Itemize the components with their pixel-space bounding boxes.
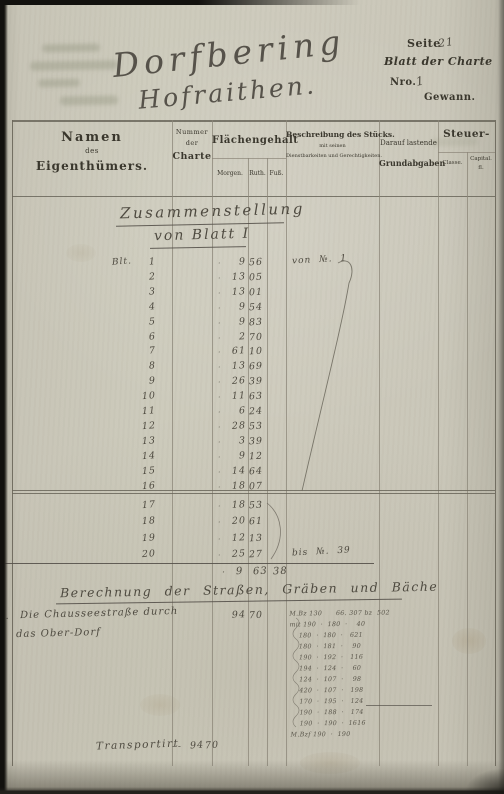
sum-ditto: · bbox=[222, 567, 226, 578]
row-value-ruth: 9 bbox=[212, 316, 247, 329]
subcol-header-ruth: Ruth. bbox=[248, 170, 267, 177]
row-value-fuss: 39 bbox=[249, 435, 264, 447]
scan-edge-left bbox=[0, 0, 8, 794]
row-value-fuss: 10 bbox=[249, 346, 264, 358]
row-number: 16 bbox=[130, 480, 157, 493]
row-number: 10 bbox=[130, 390, 157, 403]
subcol-header-morgen: Morgen. bbox=[212, 170, 248, 177]
sum-fuss: 38 bbox=[273, 566, 288, 578]
row-value-ruth: 18 bbox=[212, 480, 247, 493]
scan-edge-bottom bbox=[0, 787, 504, 794]
row-number: 20 bbox=[130, 548, 157, 561]
row-value-ruth: 12 bbox=[212, 532, 247, 545]
blatt-der-charte-label: Blatt der Charte bbox=[384, 55, 493, 68]
row-value-fuss: 27 bbox=[249, 549, 264, 561]
scan-corner-bottom-right bbox=[464, 768, 504, 794]
row-value-fuss: 53 bbox=[249, 500, 264, 512]
col-header-dienstbarkeiten: Dienstbarkeiten und Gerechtigkeiten. bbox=[286, 153, 379, 159]
row-number: 2 bbox=[130, 271, 157, 284]
col-header-eigenthuemers: Eigenthümers. bbox=[12, 159, 172, 173]
row-number: 8 bbox=[130, 360, 157, 373]
subcol-header-capital: Capital. bbox=[467, 156, 495, 162]
row-number: 3 bbox=[130, 286, 157, 299]
calc-sum-underline bbox=[366, 705, 432, 706]
col-header-namen-des: des bbox=[12, 147, 172, 155]
row-number: 11 bbox=[130, 405, 157, 418]
col-header-namen: Namen bbox=[12, 130, 172, 145]
flaechengehalt-subheader-divider bbox=[212, 158, 286, 159]
row-value-ruth: 61 bbox=[212, 346, 247, 359]
section1-title-underline2 bbox=[150, 246, 246, 249]
footer-value-ruth: 94 bbox=[190, 740, 205, 752]
row-number: 6 bbox=[130, 331, 157, 344]
subcol-header-classe: Classe. bbox=[438, 160, 467, 166]
sum-morgen: 9 bbox=[236, 566, 244, 577]
table-left-border bbox=[12, 120, 13, 766]
row-number: 14 bbox=[130, 450, 157, 463]
row-value-ruth: 18 bbox=[212, 499, 247, 512]
brace-curve-rows-17-20 bbox=[267, 503, 280, 559]
row-value-ruth: 28 bbox=[212, 420, 247, 433]
seite-value: 21 bbox=[437, 35, 455, 50]
row-value-ruth: 13 bbox=[212, 360, 247, 373]
row-value-ruth: 2 bbox=[212, 331, 247, 344]
row-value-ruth: 13 bbox=[212, 286, 247, 299]
subcol-divider-ruth-fuss bbox=[267, 158, 268, 766]
gewann-label: Gewann. bbox=[424, 92, 476, 103]
row-value-fuss: 56 bbox=[249, 257, 264, 269]
section-double-rule-2 bbox=[12, 493, 495, 494]
entry-line2: das Ober-Dorf bbox=[16, 627, 101, 640]
row-value-ruth: 3 bbox=[212, 435, 247, 448]
row20-sum-rule bbox=[4, 563, 374, 564]
subcol-header-fl: fl. bbox=[467, 165, 495, 171]
row-note: von №. 1 bbox=[292, 254, 348, 267]
scanned-ledger-page: Dorfbering Hofraithen. Seite 21 Blatt de… bbox=[0, 0, 504, 794]
row-number: 5 bbox=[130, 316, 157, 329]
row-number: 18 bbox=[130, 515, 157, 528]
row-value-fuss: 07 bbox=[249, 480, 264, 492]
section1-title-line1: Zusammenstellung bbox=[120, 200, 305, 223]
row-value-ruth: 11 bbox=[212, 390, 247, 403]
col-header-flaechengehalt: Flächengehalt bbox=[212, 135, 286, 146]
steuer-subheader-divider bbox=[438, 152, 495, 153]
row-value-ruth: 13 bbox=[212, 271, 247, 284]
row-number: 1 bbox=[130, 256, 157, 269]
table-top-border bbox=[12, 120, 495, 122]
row-value-fuss: 24 bbox=[249, 406, 264, 418]
seite-label: Seite bbox=[407, 37, 441, 50]
row-number: 19 bbox=[130, 532, 157, 545]
row-value-ruth: 20 bbox=[212, 515, 247, 528]
col-header-beschreibung: Beschreibung des Stücks. bbox=[286, 130, 379, 139]
col-header-mit-seinen: mit seinen bbox=[286, 143, 379, 149]
entry-value-fuss: 70 bbox=[249, 610, 264, 622]
row-value-ruth: 14 bbox=[212, 465, 247, 478]
sum-ruth: 63 bbox=[253, 566, 268, 578]
row-value-fuss: 64 bbox=[249, 465, 264, 477]
row-number: 4 bbox=[130, 301, 157, 314]
nro-value: 1 bbox=[415, 73, 426, 88]
col-header-darauf-lastende: Darauf lastende bbox=[379, 139, 438, 147]
row-value-fuss: 61 bbox=[249, 516, 264, 528]
header-bottom-border bbox=[12, 196, 495, 197]
footer-dashes: - - bbox=[172, 742, 181, 752]
nro-label: Nro. bbox=[390, 77, 416, 88]
footer-label: Transportirt bbox=[96, 738, 180, 753]
row-value-fuss: 69 bbox=[249, 361, 264, 373]
row-value-ruth: 9 bbox=[212, 301, 247, 314]
row-value-fuss: 13 bbox=[249, 532, 264, 544]
row-value-fuss: 05 bbox=[249, 272, 264, 284]
bleed-through-line bbox=[60, 95, 118, 105]
row-number: 17 bbox=[130, 499, 157, 512]
subcol-divider-classe-capital bbox=[467, 152, 468, 766]
side-calculation-block: M.Bz 130 66. 307 bz 502 mit 190 · 180 · … bbox=[289, 607, 391, 740]
col-header-der: der bbox=[172, 139, 212, 147]
row-value-fuss: 12 bbox=[249, 450, 264, 462]
row-number: 12 bbox=[130, 420, 157, 433]
foxing-spot bbox=[452, 628, 486, 654]
scan-edge-top bbox=[0, 0, 360, 5]
row-number: 13 bbox=[130, 435, 157, 448]
col-header-charte: Charte bbox=[172, 151, 212, 162]
row-value-ruth: 9 bbox=[212, 256, 247, 269]
row-value-ruth: 25 bbox=[212, 548, 247, 561]
row-value-ruth: 26 bbox=[212, 375, 247, 388]
bleed-through-line bbox=[42, 43, 100, 52]
table-right-border bbox=[495, 120, 496, 766]
col-header-grundabgaben: Grundabgaben bbox=[379, 158, 438, 168]
section1-title-line2: von Blatt I bbox=[154, 226, 251, 245]
col-header-steuer: Steuer- bbox=[438, 128, 495, 140]
foxing-spot bbox=[66, 244, 96, 262]
row-value-fuss: 01 bbox=[249, 286, 264, 298]
row-value-ruth: 6 bbox=[212, 405, 247, 418]
bleed-through-line bbox=[30, 60, 118, 71]
row-value-fuss: 39 bbox=[249, 376, 264, 388]
row-number: 7 bbox=[130, 345, 157, 358]
row-value-fuss: 70 bbox=[249, 331, 264, 343]
row-number: 9 bbox=[130, 375, 157, 388]
col-divider-grundabgaben-steuer bbox=[438, 120, 439, 766]
brace-curve-rows-1-16 bbox=[302, 261, 352, 491]
subcol-header-fuss: Fuß. bbox=[267, 170, 286, 177]
row-value-fuss: 63 bbox=[249, 391, 264, 403]
section2-title: Berechnung der Straßen, Gräben und Bäche bbox=[60, 579, 438, 601]
row-note: bis №. 39 bbox=[292, 545, 351, 558]
entry-line1: Die Chausseestraße durch bbox=[20, 606, 178, 621]
entry-value-ruth: 94 bbox=[212, 609, 247, 622]
foxing-spot bbox=[140, 694, 180, 716]
row-value-fuss: 54 bbox=[249, 301, 264, 313]
row-value-fuss: 53 bbox=[249, 421, 264, 433]
footer-value-fuss: 70 bbox=[205, 740, 220, 752]
row-value-ruth: 9 bbox=[212, 450, 247, 463]
col-header-nummer: Nummer bbox=[172, 128, 212, 136]
row-number: 15 bbox=[130, 465, 157, 478]
row-value-fuss: 83 bbox=[249, 316, 264, 328]
scan-edge-right bbox=[498, 0, 504, 794]
bleed-through-line bbox=[38, 79, 80, 88]
